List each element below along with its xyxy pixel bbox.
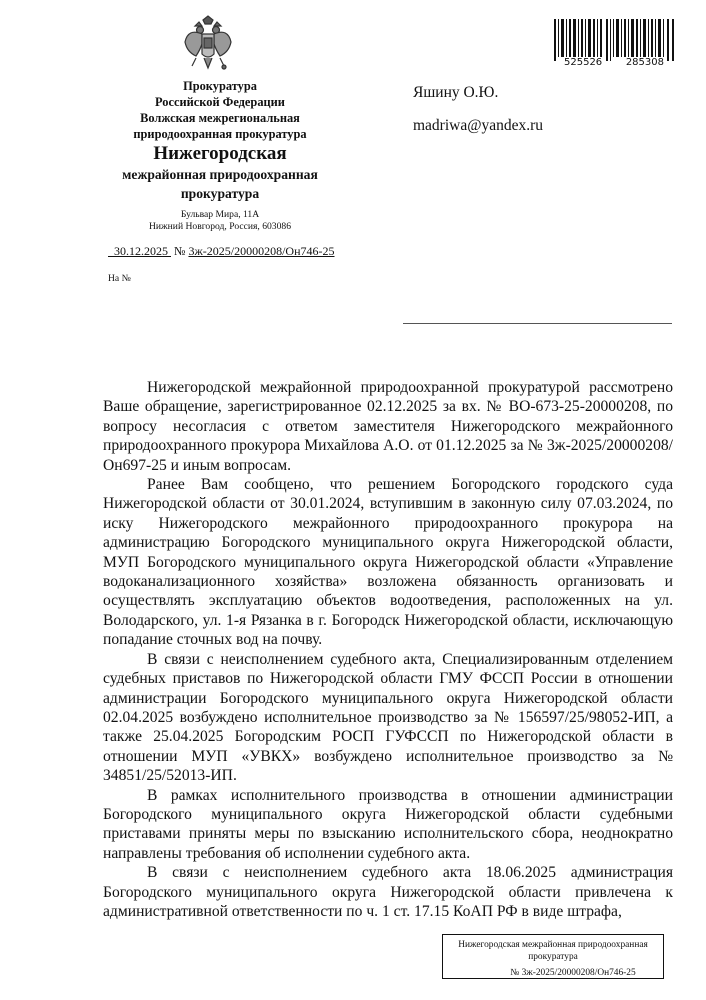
stamp-number: № 3ж-2025/20000208/Он746-25 [443,967,663,979]
recipient-name: Яшину О.Ю. [413,84,498,102]
body-paragraph: В связи с неисполнением судебного акта, … [103,650,673,786]
body-paragraph: В связи с неисполнением судебного акта 1… [103,863,673,921]
body-paragraph: Ранее Вам сообщено, что решением Богород… [103,475,673,650]
document-date: 30.12.2025 [108,244,171,258]
org-address: Бульвар Мира, 11А Нижний Новгород, Росси… [80,209,360,233]
barcode-digits: 525526 285308 [554,57,676,68]
org-line: Российской Федерации [80,94,360,110]
org-name-big: Нижегородская [80,143,360,165]
org-line: Прокуратура [80,78,360,94]
recipient-email: madriwa@yandex.ru [413,117,543,135]
org-line: Волжская межрегиональная [80,110,360,126]
document-number: 3ж-2025/20000208/Он746-25 [188,244,334,258]
body-paragraph: В рамках исполнительного производства в … [103,786,673,864]
reply-to-label: На № [108,273,131,284]
body-paragraph: Нижегородской межрайонной природоохранно… [103,378,673,475]
letter-body: Нижегородской межрайонной природоохранно… [103,378,673,921]
address-city: Нижний Новгород, Россия, 603086 [80,221,360,233]
registration-stamp: Нижегородская межрайонная природоохранна… [442,934,664,979]
barcode-left-digits: 525526 [564,57,602,68]
org-line: прокуратура [80,184,360,203]
organization-header: Прокуратура Российской Федерации Волжска… [80,78,360,203]
recipient-divider [403,323,672,324]
org-line: межрайонная природоохранная [80,165,360,184]
barcode-icon [554,19,676,61]
org-line: природоохранная прокуратура [80,126,360,142]
russian-coat-of-arms-icon [182,14,234,76]
stamp-org: Нижегородская межрайонная природоохранна… [443,939,663,963]
address-street: Бульвар Мира, 11А [80,209,360,221]
barcode-right-digits: 285308 [626,57,664,68]
number-sign: № [174,244,185,258]
document-reference-line: 30.12.2025 № 3ж-2025/20000208/Он746-25 [108,244,335,259]
